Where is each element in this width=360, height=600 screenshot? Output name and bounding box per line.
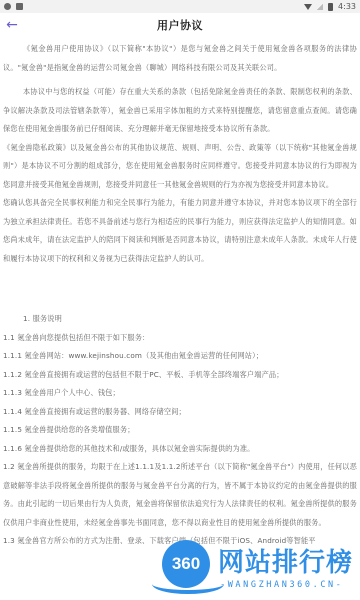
- clause-1-1-4: 1.1.4 氪金兽直接拥有或运营的服务器、网络存储空间；: [3, 403, 357, 422]
- back-arrow-icon: ←: [6, 17, 18, 33]
- status-left-icons: [4, 3, 23, 10]
- clause-1-1-5: 1.1.5 氪金兽提供给您的各类增值服务；: [3, 421, 357, 440]
- notification-image-icon: [16, 3, 23, 10]
- clause-1-2: 1.2 氪金兽所提供的服务，均限于在上述1.1.1及1.1.2所述平台（以下简称…: [3, 458, 357, 532]
- status-right-icons: 4:33: [304, 2, 356, 11]
- clause-1-1: 1.1 氪金兽向您提供包括但不限于如下服务：: [3, 329, 357, 348]
- signal-icon: [317, 3, 323, 10]
- status-time: 4:33: [338, 2, 356, 11]
- clause-1-1-3: 1.1.3 氪金兽用户个人中心、钱包；: [3, 384, 357, 403]
- clause-1-1-6: 1.1.6 氪金兽提供给您的其他技术和/或服务，具体以氪金兽实际提供的为准。: [3, 440, 357, 459]
- paragraph-intro: 《氪金兽用户使用协议》（以下简称"本协议"）是您与氪金兽之间关于使用氪金兽各项服…: [3, 40, 357, 77]
- paragraph-capacity: 您确认您具备完全民事权利能力和完全民事行为能力，有能力同意并遵守本协议，并对您本…: [3, 194, 357, 268]
- watermark-swoosh-icon: [152, 574, 224, 594]
- app-bar: ← 用户协议: [0, 13, 360, 37]
- wifi-icon: [304, 4, 312, 10]
- status-bar: 4:33: [0, 0, 360, 13]
- clause-1-1-2: 1.1.2 氪金兽直接拥有或运营的包括但不限于PC、平板、手机等全部终端客户端产…: [3, 366, 357, 385]
- notification-app-icon: [4, 3, 11, 10]
- clause-1-1-1: 1.1.1 氪金兽网站：www.kejinshou.com（及其他由氪金兽运营的…: [3, 347, 357, 366]
- agreement-content[interactable]: 《氪金兽用户使用协议》（以下简称"本协议"）是您与氪金兽之间关于使用氪金兽各项服…: [3, 40, 357, 551]
- back-button[interactable]: ←: [2, 15, 22, 35]
- section-title-service: 1. 服务说明: [3, 310, 357, 329]
- paragraph-important-terms: 本协议中与您的权益（可能）存在重大关系的条款（包括免除氪金兽责任的条款、限制您权…: [3, 83, 357, 139]
- paragraph-other-rules: 《氪金兽隐私政策》以及氪金兽公布的其他协议规范、规则、声明、公告、政策等（以下统…: [3, 139, 357, 195]
- watermark-subtitle: -WANGZHAN360.CN-: [220, 580, 343, 590]
- battery-icon: [328, 3, 333, 11]
- clause-1-3: 1.3 氪金兽官方所公布的方式为注册、登录、下载客户端（包括但不限于iOS、An…: [3, 532, 357, 551]
- page-title: 用户协议: [157, 17, 203, 33]
